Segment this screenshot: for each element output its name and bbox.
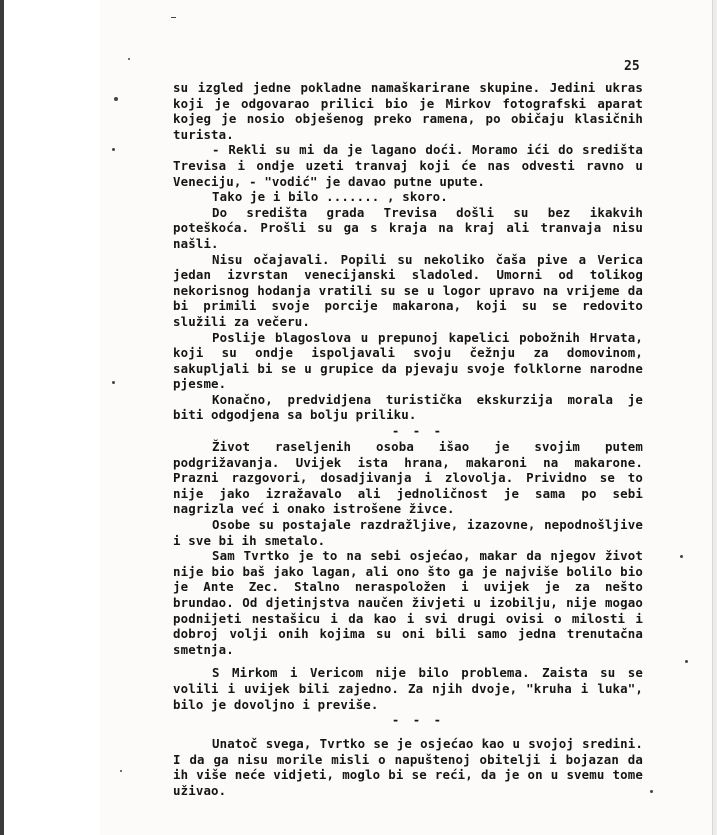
paragraph: Unatoč svega, Tvrtko se je osjećao kao u… [173,736,643,798]
paragraph: Život raseljenih osoba išao je svojim pu… [173,439,643,517]
paragraph: su izgled jedne pokladne namaškarirane s… [173,80,643,142]
scan-left-border [0,0,4,835]
scan-speck [650,790,653,793]
paragraph: Tako je i bilo ....... , skoro. [173,189,643,205]
page-right-edge [712,0,717,835]
scan-speck [112,148,115,151]
scan-speck [112,381,115,384]
page-number: 25 [624,59,640,74]
paragraph: Nisu očajavali. Popili su nekoliko čaša … [173,252,643,330]
body-text: su izgled jedne pokladne namaškarirane s… [173,80,643,799]
paragraph: Poslije blagoslova u prepunoj kapelici p… [173,330,643,392]
section-separator: - - - [173,712,643,728]
paragraph: S Mirkom i Vericom nije bilo problema. Z… [173,665,643,712]
paragraph: - Rekli su mi da je lagano doći. Moramo … [173,142,643,189]
scan-speck [171,17,176,18]
paragraph: Konačno, predvidjena turistička ekskurzi… [173,392,643,423]
scan-speck [685,660,688,663]
scan-speck [120,770,122,772]
section-separator: - - - [173,423,643,439]
scan-speck [114,97,118,101]
paragraph: Osobe su postajale razdražljive, izazovn… [173,517,643,548]
paragraph: Do središta grada Trevisa došli su bez i… [173,205,643,252]
scan-speck [680,555,683,558]
scan-speck [128,58,130,60]
paragraph: Sam Tvrtko je to na sebi osjećao, makar … [173,548,643,657]
